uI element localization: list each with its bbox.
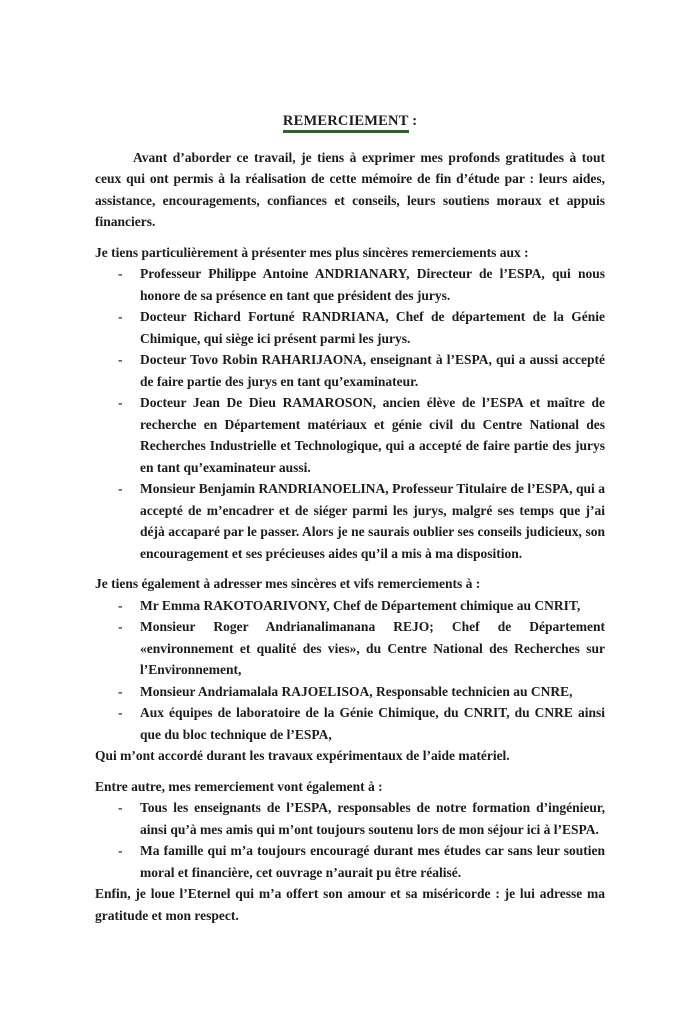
list-dash: - [118,702,123,724]
document-page: REMERCIEMENT : Avant d’aborder ce travai… [0,0,700,1028]
list-item-text: Docteur Tovo Robin RAHARIJAONA, enseigna… [140,352,605,389]
list-dash: - [118,840,123,862]
list-item-text: Docteur Jean De Dieu RAMAROSON, ancien é… [140,395,605,475]
list-dash: - [118,392,123,414]
list-item: - Monsieur Roger Andrianalimanana REJO; … [95,616,605,681]
section-heading-2: Je tiens également à adresser mes sincèr… [95,573,605,595]
section-after-2: Qui m’ont accordé durant les travaux exp… [95,745,605,767]
intro-paragraph: Avant d’aborder ce travail, je tiens à e… [95,147,605,233]
list-item-text: Monsieur Roger Andrianalimanana REJO; Ch… [140,619,605,677]
list-item: - Docteur Tovo Robin RAHARIJAONA, enseig… [95,349,605,392]
list-item: - Docteur Richard Fortuné RANDRIANA, Che… [95,306,605,349]
section-list-1: - Professeur Philippe Antoine ANDRIANARY… [95,263,605,564]
section-list-3: - Tous les enseignants de l’ESPA, respon… [95,797,605,883]
list-dash: - [118,263,123,285]
section-heading-3: Entre autre, mes remerciement vont égale… [95,776,605,798]
list-dash: - [118,478,123,500]
list-item-text: Ma famille qui m’a toujours encouragé du… [140,843,605,880]
list-item-text: Mr Emma RAKOTOARIVONY, Chef de Départeme… [140,598,580,613]
page-title: REMERCIEMENT : [95,110,605,133]
list-item: - Tous les enseignants de l’ESPA, respon… [95,797,605,840]
list-item-text: Tous les enseignants de l’ESPA, responsa… [140,800,605,837]
list-item: - Docteur Jean De Dieu RAMAROSON, ancien… [95,392,605,478]
closing-paragraph: Enfin, je loue l’Eternel qui m’a offert … [95,883,605,926]
page-title-text: REMERCIEMENT [283,113,409,133]
list-item-text: Monsieur Benjamin RANDRIANOELINA, Profes… [140,481,605,561]
list-item-text: Professeur Philippe Antoine ANDRIANARY, … [140,266,605,303]
list-dash: - [118,797,123,819]
list-item: - Mr Emma RAKOTOARIVONY, Chef de Départe… [95,595,605,617]
list-dash: - [118,306,123,328]
list-item: - Monsieur Benjamin RANDRIANOELINA, Prof… [95,478,605,564]
list-dash: - [118,616,123,638]
list-item: - Professeur Philippe Antoine ANDRIANARY… [95,263,605,306]
list-item-text: Monsieur Andriamalala RAJOELISOA, Respon… [140,684,573,699]
list-item: - Monsieur Andriamalala RAJOELISOA, Resp… [95,681,605,703]
section-heading-1: Je tiens particulièrement à présenter me… [95,242,605,264]
list-item-text: Aux équipes de laboratoire de la Génie C… [140,705,605,742]
list-item: - Aux équipes de laboratoire de la Génie… [95,702,605,745]
list-dash: - [118,681,123,703]
list-dash: - [118,595,123,617]
list-item: - Ma famille qui m’a toujours encouragé … [95,840,605,883]
page-title-colon: : [409,113,417,129]
list-item-text: Docteur Richard Fortuné RANDRIANA, Chef … [140,309,605,346]
list-dash: - [118,349,123,371]
section-list-2: - Mr Emma RAKOTOARIVONY, Chef de Départe… [95,595,605,746]
